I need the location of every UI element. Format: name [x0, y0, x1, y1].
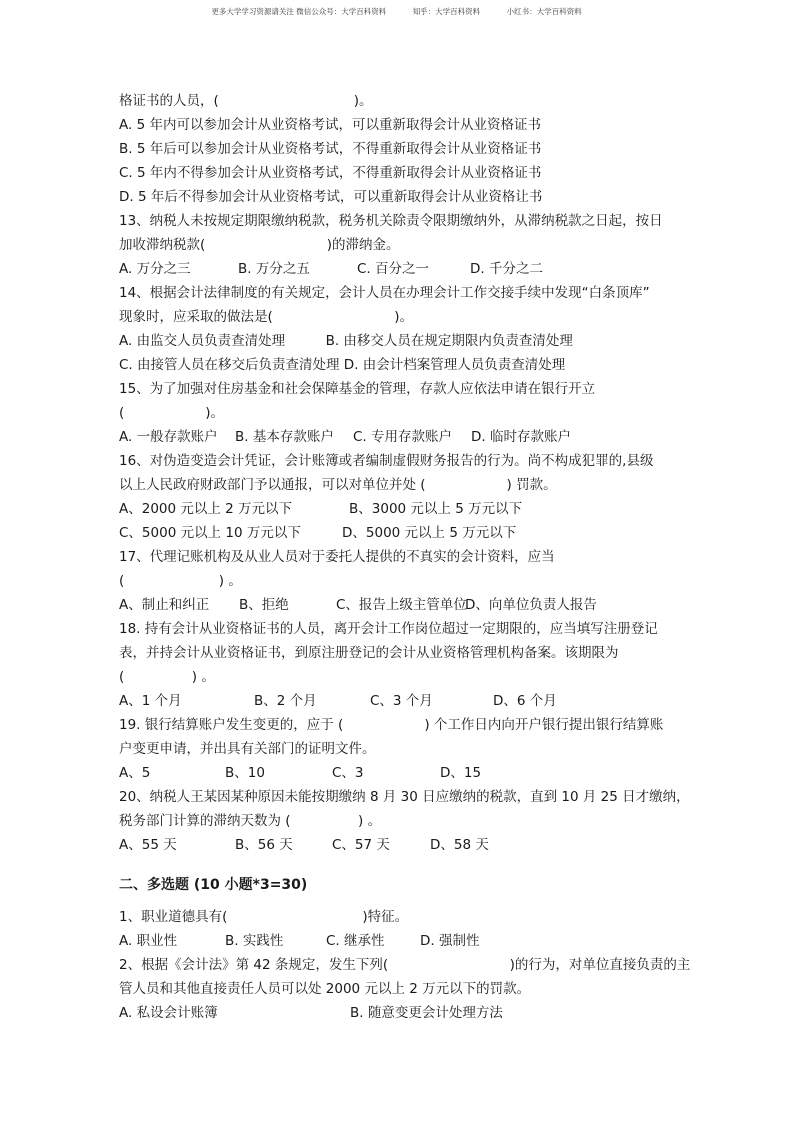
answer-option: C. 继承性 — [326, 932, 385, 950]
text-line: 表，并持会计从业资格证书，到原注册登记的会计从业资格管理机构备案。该期限为 — [119, 644, 619, 662]
answer-option: B. 基本存款账户 — [235, 428, 334, 446]
answer-option: D. 临时存款账户 — [471, 428, 571, 446]
text-line: 20、纳税人王某因某种原因未能按期缴纳 8 月 30 日应缴纳的税款，直到 10… — [119, 788, 690, 806]
answer-option: D、向单位负责人报告 — [465, 596, 597, 614]
answer-option: B. 实践性 — [225, 932, 283, 950]
answer-option: A、55 天 — [119, 836, 177, 854]
answer-option: A. 万分之三 — [119, 260, 191, 278]
header-wechat-notice: 更多大学学习资源请关注 微信公众号：大学百科资料 — [211, 7, 386, 16]
text-line: 管人员和其他直接责任人员可以处 2000 元以上 2 万元以下的罚款。 — [119, 980, 530, 998]
header-zhihu-notice: 知乎：大学百科资料 — [413, 7, 481, 16]
answer-option: B、3000 元以上 5 万元以下 — [349, 500, 522, 518]
page-header-watermark: 更多大学学习资源请关注 微信公众号：大学百科资料 知乎：大学百科资料 小红书：大… — [0, 6, 793, 17]
text-line: 2、根据《会计法》第 42 条规定，发生下列( )的行为，对单位直接负责的主 — [119, 956, 690, 974]
answer-option: A. 一般存款账户 — [119, 428, 218, 446]
answer-option: C、报告上级主管单位 — [336, 596, 467, 614]
answer-option: C、3 个月 — [370, 692, 433, 710]
text-line: ( )。 — [119, 404, 224, 422]
answer-option: C、57 天 — [332, 836, 390, 854]
answer-option: A、5 — [119, 764, 150, 782]
text-line: ( ) 。 — [119, 668, 215, 686]
header-xiaohongshu-notice: 小红书：大学百科资料 — [507, 7, 582, 16]
answer-option: D. 强制性 — [420, 932, 479, 950]
answer-option: D、5000 元以上 5 万元以下 — [342, 524, 516, 542]
text-line: 1、职业道德具有( )特征。 — [119, 908, 408, 926]
text-line: 19. 银行结算账户发生变更的，应于 ( ) 个工作日内向开户银行提出银行结算账 — [119, 716, 663, 734]
text-line: ( ) 。 — [119, 572, 242, 590]
answer-option: A、1 个月 — [119, 692, 182, 710]
answer-option: C. 百分之一 — [357, 260, 429, 278]
answer-option: C. 专用存款账户 — [353, 428, 452, 446]
text-line: 税务部门计算的滞纳天数为 ( ) 。 — [119, 812, 381, 830]
text-line: 13、纳税人未按规定期限缴纳税款，税务机关除责令限期缴纳外，从滞纳税款之日起，按… — [119, 212, 663, 230]
answer-option: B、2 个月 — [254, 692, 317, 710]
answer-option: B、拒绝 — [239, 596, 289, 614]
answer-option: A. 职业性 — [119, 932, 177, 950]
text-line: 格证书的人员，( )。 — [119, 92, 373, 110]
text-line: B. 5 年后可以参加会计从业资格考试，不得重新取得会计从业资格证书 — [119, 140, 541, 158]
text-line: C. 5 年内不得参加会计从业资格考试，不得重新取得会计从业资格证书 — [119, 164, 541, 182]
text-line: 加收滞纳税款( )的滞纳金。 — [119, 236, 400, 254]
answer-option: C、5000 元以上 10 万元以下 — [119, 524, 301, 542]
text-line: D. 5 年后不得参加会计从业资格考试，可以重新取得会计从业资格让书 — [119, 188, 542, 206]
text-line: C. 由接管人员在移交后负责查清处理 D. 由会计档案管理人员负责查清处理 — [119, 356, 565, 374]
answer-option: B. 随意变更会计处理方法 — [350, 1004, 503, 1022]
answer-option: D、15 — [440, 764, 481, 782]
text-line: 18. 持有会计从业资格证书的人员，离开会计工作岗位超过一定期限的，应当填写注册… — [119, 620, 658, 638]
answer-option: B. 万分之五 — [238, 260, 310, 278]
answer-option: C、3 — [332, 764, 364, 782]
text-line: 以上人民政府财政部门予以通报，可以对单位并处 ( ) 罚款。 — [119, 476, 557, 494]
text-line: 户变更申请，并出具有关部门的证明文件。 — [119, 740, 376, 758]
answer-option: A、2000 元以上 2 万元以下 — [119, 500, 292, 518]
section-title: 二、多选题 (10 小题*3=30) — [119, 876, 307, 894]
answer-option: D、58 天 — [430, 836, 489, 854]
text-line: 17、代理记账机构及从业人员对于委托人提供的不真实的会计资料，应当 — [119, 548, 555, 566]
text-line: 14、根据会计法律制度的有关规定，会计人员在办理会计工作交接手续中发现“白条顶库… — [119, 284, 650, 302]
text-line: A. 由监交人员负责查清处理 B. 由移交人员在规定期限内负责查清处理 — [119, 332, 573, 350]
answer-option: B、56 天 — [235, 836, 293, 854]
text-line: 16、对伪造变造会计凭证，会计账簿或者编制虚假财务报告的行为。尚不构成犯罪的,县… — [119, 452, 653, 470]
answer-option: B、10 — [225, 764, 265, 782]
text-line: 现象时，应采取的做法是( )。 — [119, 308, 413, 326]
text-line: A. 5 年内可以参加会计从业资格考试，可以重新取得会计从业资格证书 — [119, 116, 541, 134]
answer-option: A、制止和纠正 — [119, 596, 209, 614]
answer-option: D、6 个月 — [493, 692, 557, 710]
text-line: 15、为了加强对住房基金和社会保障基金的管理，存款人应依法申请在银行开立 — [119, 380, 595, 398]
answer-option: A. 私设会计账簿 — [119, 1004, 218, 1022]
answer-option: D. 千分之二 — [470, 260, 543, 278]
